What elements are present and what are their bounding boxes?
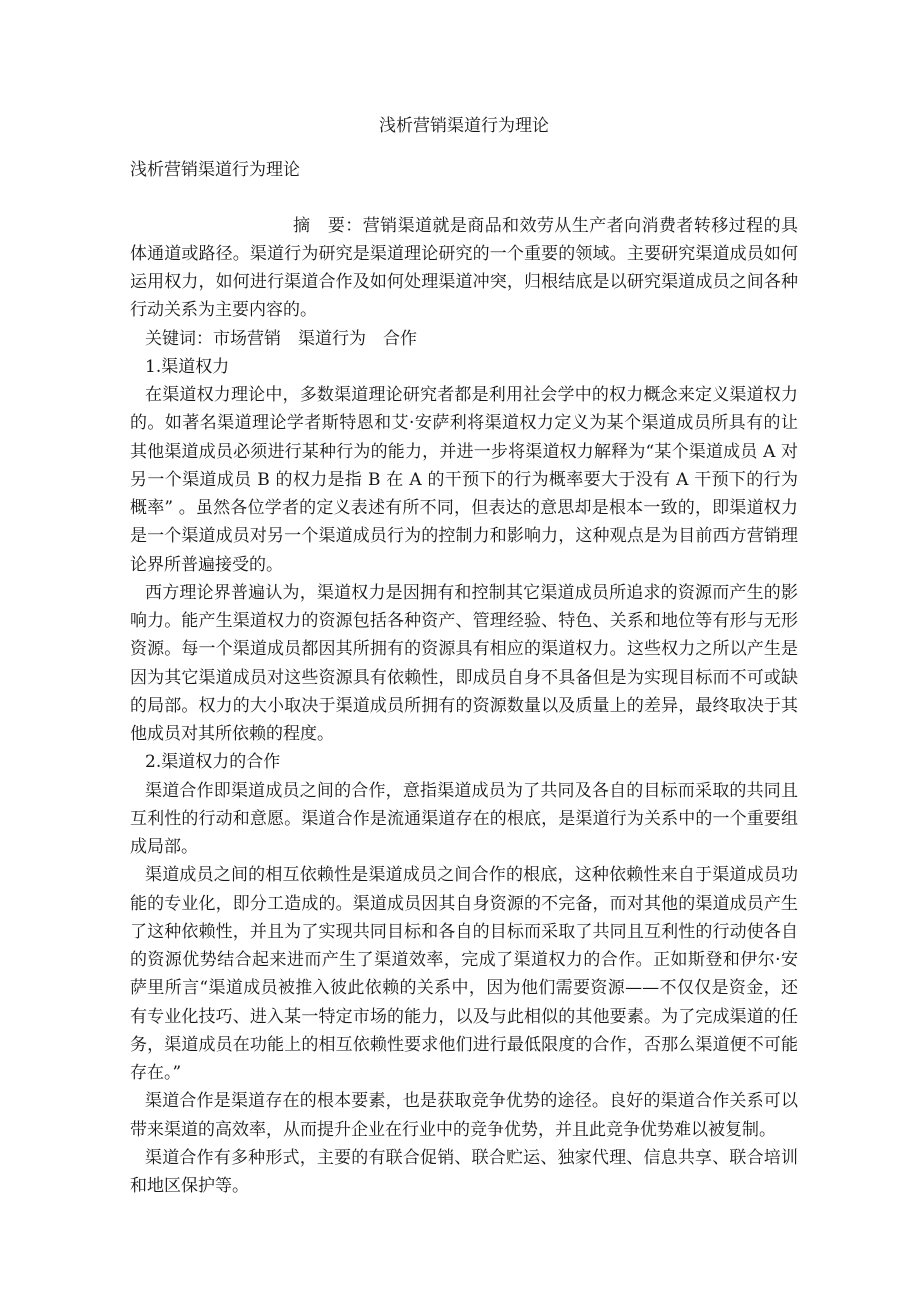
section-2-paragraph-2: 渠道成员之间的相互依赖性是渠道成员之间合作的根底，这种依赖性来自于渠道成员功能的… [130, 861, 798, 1087]
keywords-line: 关键词：市场营销 渠道行为 合作 [130, 325, 798, 353]
section-2-paragraph-3: 渠道合作是渠道存在的根本要素，也是获取竞争优势的途径。良好的渠道合作关系可以带来… [130, 1087, 798, 1144]
section-2-paragraph-4: 渠道合作有多种形式，主要的有联合促销、联合贮运、独家代理、信息共享、联合培训和地… [130, 1144, 798, 1201]
section-2-heading: 2.渠道权力的合作 [130, 748, 798, 776]
document-content: 浅析营销渠道行为理论 浅析营销渠道行为理论 摘 要：营销渠道就是商品和效劳从生产… [130, 112, 798, 1200]
section-1-paragraph-2: 西方理论界普遍认为，渠道权力是因拥有和控制其它渠道成员所追求的资源而产生的影响力… [130, 579, 798, 749]
section-2-paragraph-1: 渠道合作即渠道成员之间的合作，意指渠道成员为了共同及各自的目标而采取的共同且互利… [130, 777, 798, 862]
abstract-paragraph: 摘 要：营销渠道就是商品和效劳从生产者向消费者转移过程的具体通道或路径。渠道行为… [130, 212, 798, 325]
section-1-heading: 1.渠道权力 [130, 353, 798, 381]
document-title: 浅析营销渠道行为理论 [130, 112, 798, 140]
document-subtitle: 浅析营销渠道行为理论 [130, 156, 798, 184]
document-page: 浅析营销渠道行为理论 浅析营销渠道行为理论 摘 要：营销渠道就是商品和效劳从生产… [0, 0, 920, 1302]
section-1-paragraph-1: 在渠道权力理论中，多数渠道理论研究者都是利用社会学中的权力概念来定义渠道权力的。… [130, 381, 798, 579]
